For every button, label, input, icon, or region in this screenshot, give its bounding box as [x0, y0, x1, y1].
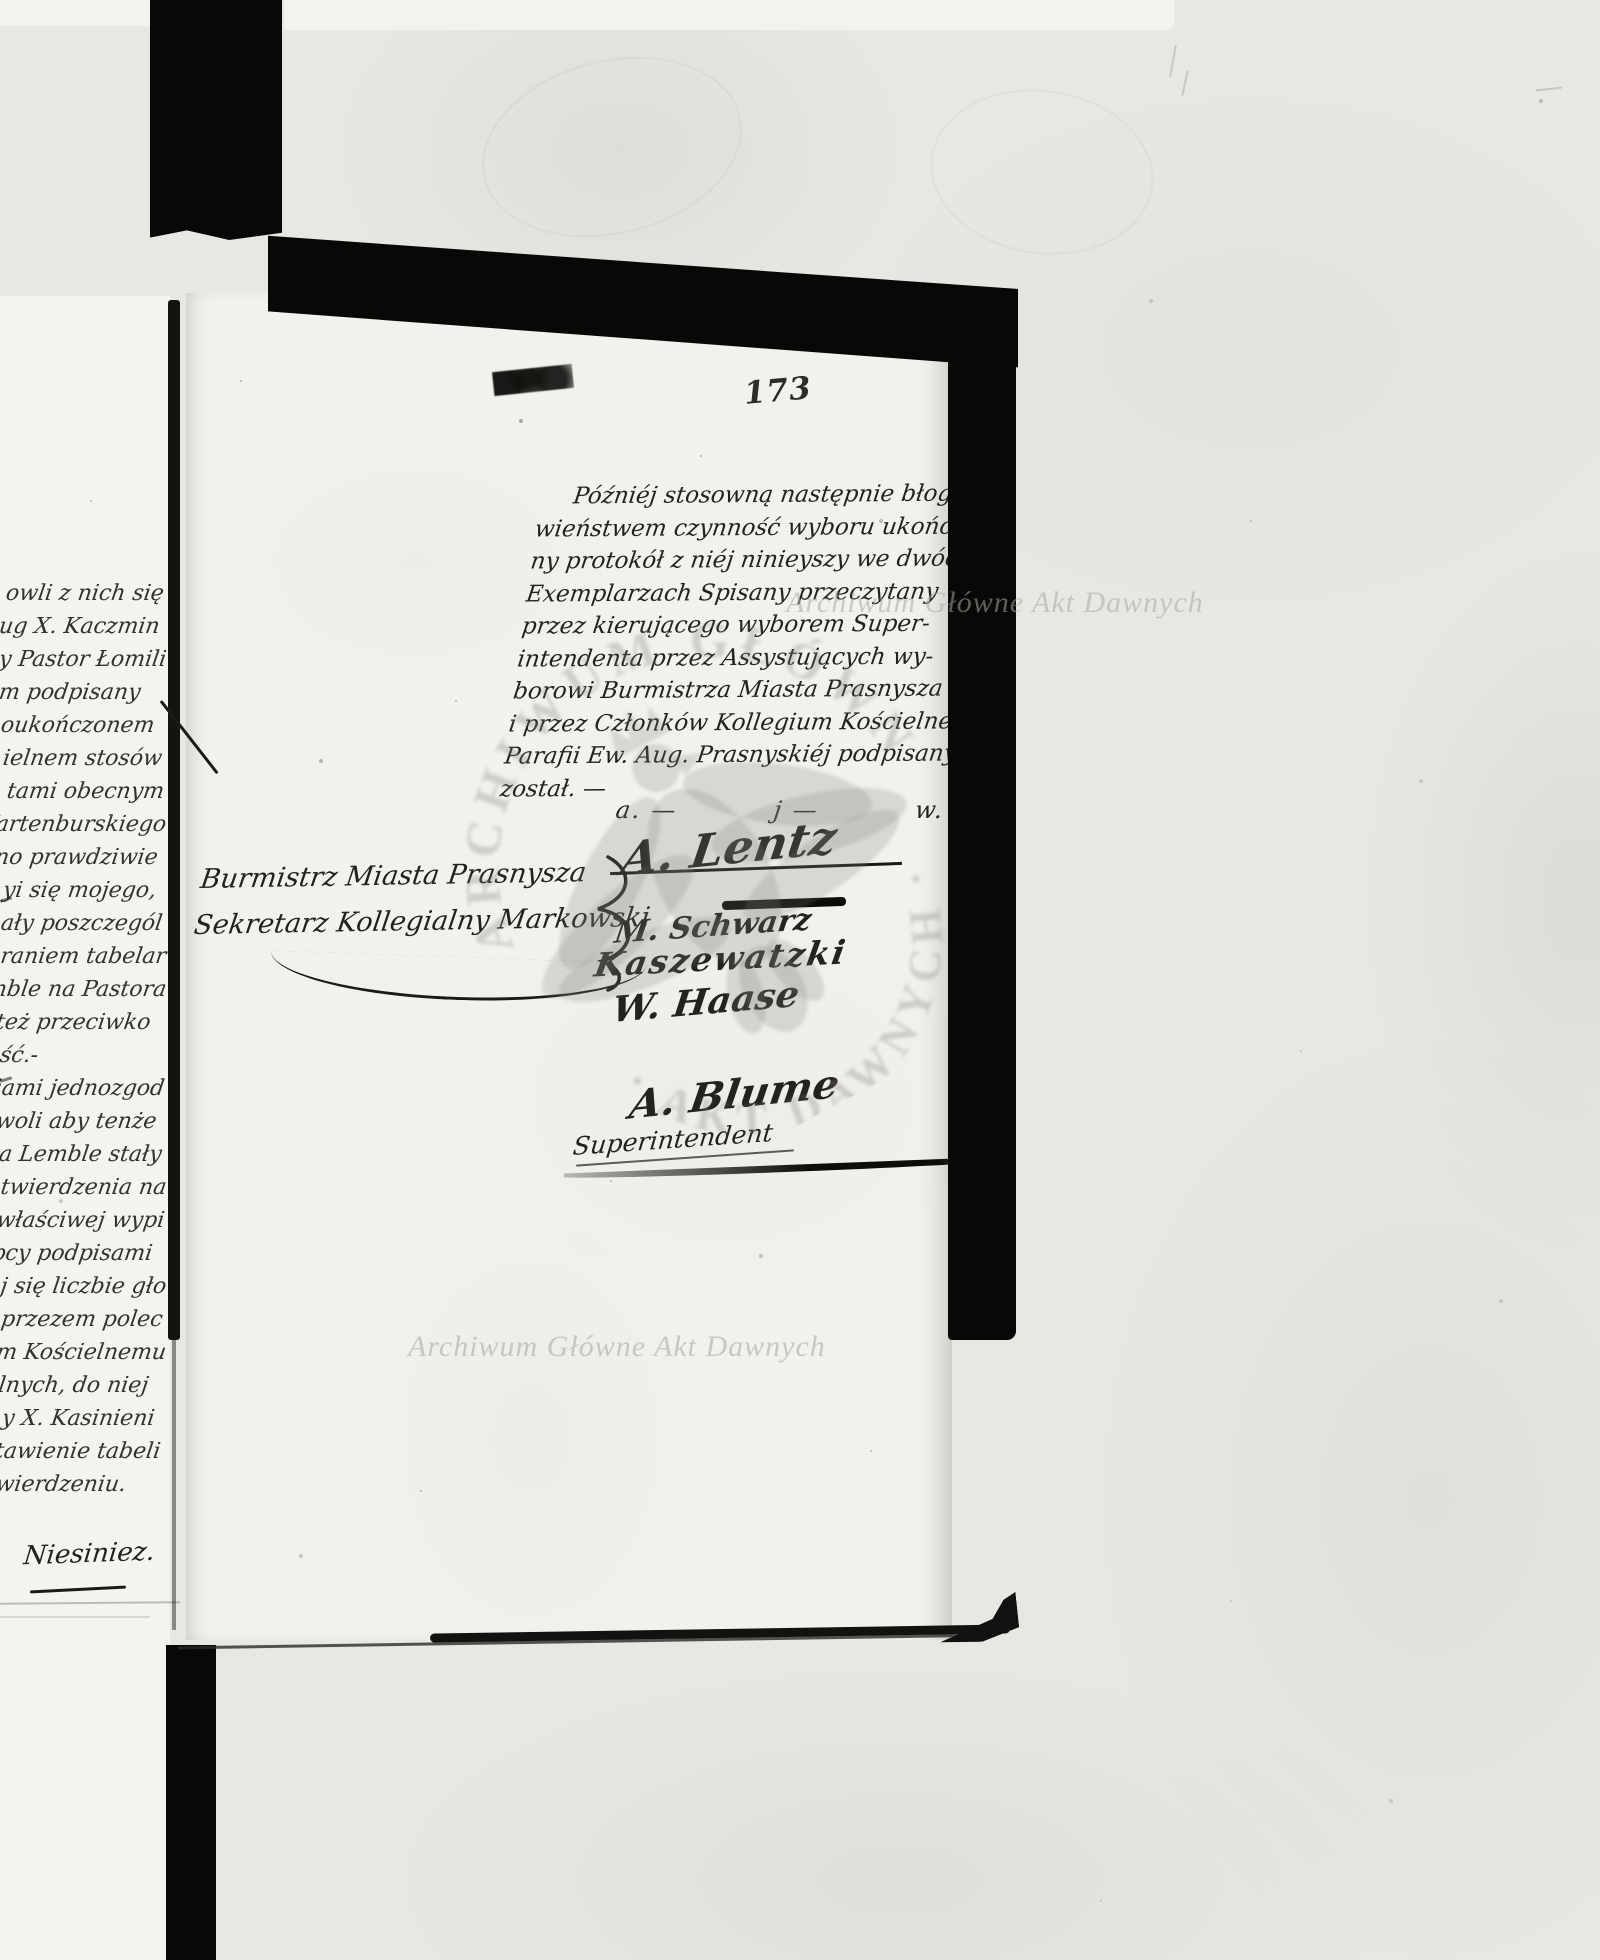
archive-watermark-text: Archiwum Główne Akt Dawnych [408, 1330, 826, 1364]
left-page-signature: Niesiniez. [22, 1537, 156, 1572]
film-dust-specks [0, 0, 2, 2]
manuscript-fragment: ralnych, do niej [0, 1375, 150, 1397]
archival-scan-photo: owli z nich się ług X. Kaczmin y Pastor … [0, 0, 1600, 1960]
manuscript-fragment: m podpisany [0, 682, 142, 704]
page-number: 173 [743, 370, 814, 412]
manuscript-fragment: emble na Pastora [0, 979, 168, 1001]
manuscript-fragment: ielnem stosów [2, 748, 164, 770]
paper-crease [0, 1616, 150, 1618]
manuscript-fragment: ybraniem tabelar [0, 946, 168, 968]
film-white-strip-left [0, 0, 150, 26]
manuscript-fragment: tawienie tabeli [0, 1441, 162, 1463]
film-border-bottom-left [166, 1645, 216, 1960]
manuscript-fragment: afiami jednozgod [0, 1078, 166, 1100]
ink-smudge [492, 364, 574, 396]
paper-crease [0, 1601, 180, 1605]
manuscript-fragment: zatwierdzeniu. [0, 1474, 128, 1496]
manuscript-fragment: oukończonem [0, 715, 156, 737]
manuscript-fragment: ia Lemble stały [0, 1144, 164, 1166]
manuscript-fragment: ili przezem polec [0, 1309, 164, 1331]
manuscript-fragment: i zatwierdzenia na [0, 1177, 168, 1199]
film-ring-mark [463, 31, 761, 264]
manuscript-fragment: owli z nich się [5, 583, 166, 605]
film-scratch [1536, 87, 1562, 92]
manuscript-fragment: tami obecnym [5, 781, 165, 803]
page-gutter-line [168, 300, 180, 1340]
film-white-strip-top [284, 0, 1174, 30]
film-scratch [1169, 45, 1177, 77]
manuscript-fragment: ług X. Kaczmin [0, 616, 162, 638]
film-ring-mark [920, 75, 1165, 269]
manuscript-fragment: ącej się liczbie gło [0, 1276, 168, 1298]
manuscript-fragment: y X. Kasinieni [0, 1408, 155, 1430]
manuscript-fragment: też przeciwko [0, 1012, 152, 1034]
signature-flourish-line [30, 1585, 126, 1593]
film-scratch [1181, 70, 1188, 96]
left-partial-page: owli z nich się ług X. Kaczmin y Pastor … [0, 296, 170, 1960]
manuscript-fragment: Wartenburskiego [0, 814, 168, 836]
manuscript-fragment: ypcy podpisami [0, 1243, 154, 1265]
manuscript-fragment: ść.- [0, 1045, 40, 1067]
manuscript-fragment: y właściwej wypi [0, 1210, 166, 1232]
manuscript-fragment: yi się mojego, [1, 880, 157, 902]
manuscript-fragment: woli aby tenże [0, 1111, 158, 1133]
manuscript-fragment: no prawdziwie [0, 847, 160, 869]
page-gutter-line-lower [172, 1338, 176, 1630]
manuscript-fragment: y Pastor Łomili [0, 649, 168, 671]
film-border-top-left [150, 0, 282, 240]
manuscript-line: Późniéj stosowną następnie błogosła- [537, 477, 988, 513]
manuscript-fragment: um Kościelnemu [0, 1342, 168, 1364]
manuscript-fragment: ały poszczegól [0, 913, 164, 935]
